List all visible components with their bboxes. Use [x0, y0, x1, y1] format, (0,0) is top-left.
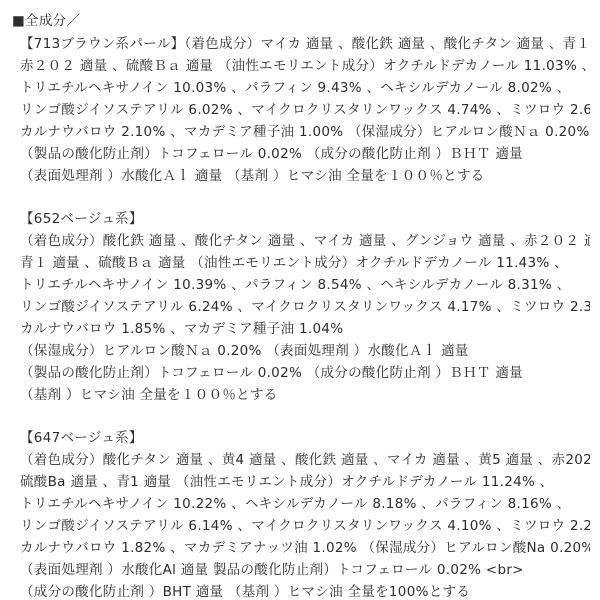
ingredients-line: （着色成分）酸化鉄 適量 、酸化チタン 適量 、マイカ 適量 、グンジョウ 適量… — [20, 230, 590, 252]
ingredients-line: トリエチルヘキサノイン 10.39% 、パラフィン 8.54% 、ヘキシルデカノ… — [20, 274, 590, 296]
ingredients-line: カルナウバロウ 2.10% 、マカデミア種子油 1.00% （保湿成分）ヒアルロ… — [20, 121, 590, 143]
section-header: 【652ベージュ系】 — [20, 208, 590, 230]
ingredients-line: リンゴ酸ジイソステアリル 6.02% 、マイクロクリスタリンワックス 4.74%… — [20, 99, 590, 121]
ingredients-line: （表面処理剤 ）水酸化Al 適量 製品の酸化防止剤）トコフェロール 0.02% … — [20, 559, 590, 581]
section-header: 【647ベージュ系】 — [20, 427, 590, 449]
ingredients-line: 赤２０２ 適量 、硫酸Ｂａ 適量 （油性エモリエント成分）オクチルドデカノール … — [20, 55, 590, 77]
ingredients-line: カルナウバロウ 1.82% 、マカデミアナッツ油 1.02% （保湿成分）ヒアル… — [20, 537, 590, 559]
ingredients-line: リンゴ酸ジイソステアリル 6.24% 、マイクロクリスタリンワックス 4.17%… — [20, 296, 590, 318]
ingredients-line: トリエチルヘキサノイン 10.22% 、ヘキシルデカノール 8.18% 、パラフ… — [20, 493, 590, 515]
ingredients-line: （着色成分）酸化チタン 適量 、黄4 適量 、酸化鉄 適量 、マイカ 適量 、黄… — [20, 449, 590, 471]
ingredients-line: リンゴ酸ジイソステアリル 6.14% 、マイクロクリスタリンワックス 4.10%… — [20, 515, 590, 537]
ingredients-line: （成分の酸化防止剤 ）BHT 適量 （基剤 ）ヒマシ油 全量を100%とする — [20, 581, 590, 600]
ingredients-line: （製品の酸化防止剤）トコフェロール 0.02% （成分の酸化防止剤 ）ＢＨＴ 適… — [20, 143, 590, 165]
page-title: ■全成分／ — [12, 9, 590, 33]
ingredients-line: （表面処理剤 ）水酸化Ａｌ 適量 （基剤 ）ヒマシ油 全量を１００％とする — [20, 165, 590, 187]
ingredients-line: 硫酸Ba 適量 、青1 適量 （油性エモリエント成分）オクチルドデカノール 11… — [20, 471, 590, 493]
ingredients-line: （基剤 ）ヒマシ油 全量を１００％とする — [20, 384, 590, 406]
section-652-beige: 【652ベージュ系】 （着色成分）酸化鉄 適量 、酸化チタン 適量 、マイカ 適… — [12, 208, 590, 406]
section-647-beige: 【647ベージュ系】 （着色成分）酸化チタン 適量 、黄4 適量 、酸化鉄 適量… — [12, 427, 590, 600]
all-ingredients-document: ■全成分／ 【713ブラウン系パール】（着色成分）マイカ 適量 、酸化鉄 適量 … — [0, 0, 600, 600]
ingredients-line: トリエチルヘキサノイン 10.03% 、パラフィン 9.43% 、ヘキシルデカノ… — [20, 77, 590, 99]
ingredients-line: （保湿成分）ヒアルロン酸Ｎａ 0.20% （表面処理剤 ）水酸化Ａｌ 適量 — [20, 340, 590, 362]
ingredients-line: （製品の酸化防止剤）トコフェロール 0.02% （成分の酸化防止剤 ）ＢＨＴ 適… — [20, 362, 590, 384]
ingredients-line: カルナウバロウ 1.85% 、マカデミア種子油 1.04% — [20, 318, 590, 340]
ingredients-line: 青１ 適量 、硫酸Ｂａ 適量 （油性エモリエント成分）オクチルドデカノール 11… — [20, 252, 590, 274]
section-713-brown-pearl: 【713ブラウン系パール】（着色成分）マイカ 適量 、酸化鉄 適量 、酸化チタン… — [12, 33, 590, 187]
ingredients-line: 【713ブラウン系パール】（着色成分）マイカ 適量 、酸化鉄 適量 、酸化チタン… — [20, 33, 590, 55]
